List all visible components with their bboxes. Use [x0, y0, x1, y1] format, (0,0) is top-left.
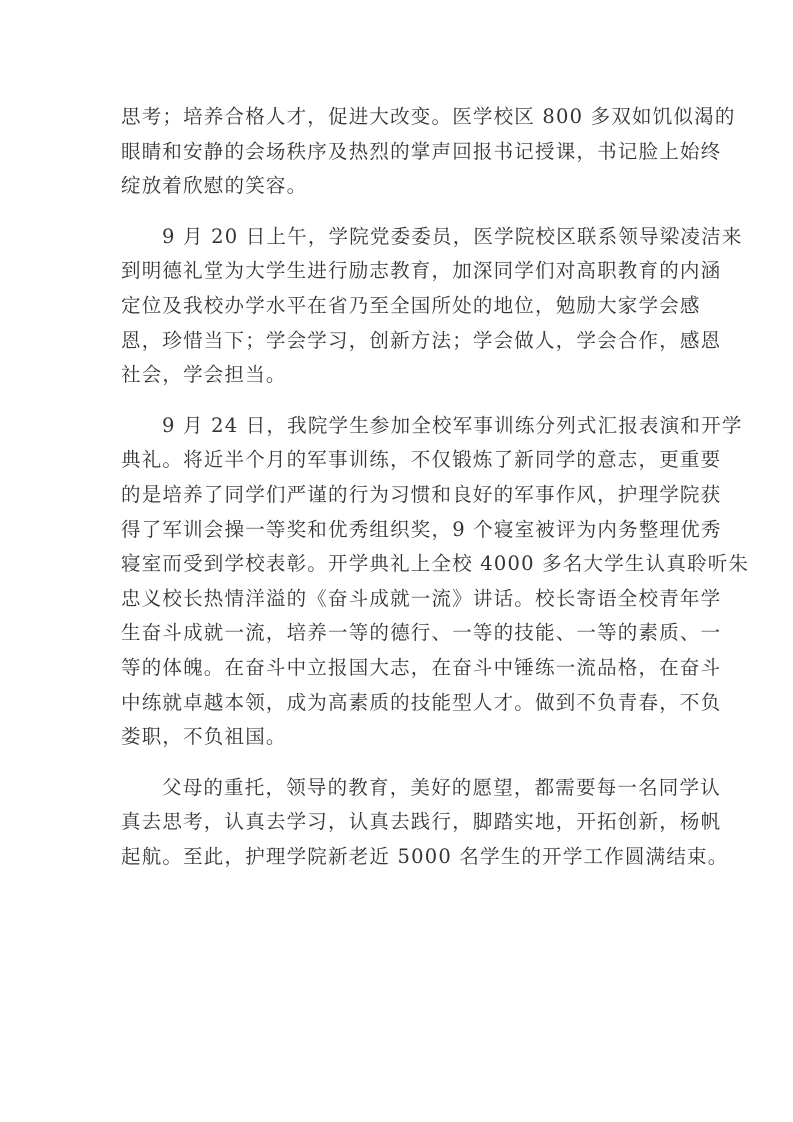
text-line: 思考；培养合格人才，促进大改变。医学校区 800 多双如饥似渴的	[121, 100, 681, 135]
text-line: 中练就卓越本领，成为高素质的技能型人才。做到不负青春，不负	[121, 686, 681, 721]
text-line: 等的体魄。在奋斗中立报国大志，在奋斗中锤练一流品格，在奋斗	[121, 651, 681, 686]
text-line: 起航。至此，护理学院新老近 5000 名学生的开学工作圆满结束。	[121, 840, 681, 875]
text-line: 社会，学会担当。	[121, 358, 681, 393]
document-page: 思考；培养合格人才，促进大改变。医学校区 800 多双如饥似渴的 眼睛和安静的会…	[121, 100, 681, 890]
text-line: 绽放着欣慰的笑容。	[121, 169, 681, 204]
text-line: 典礼。将近半个月的军事训练，不仅锻炼了新同学的意志，更重要	[121, 443, 681, 478]
text-line: 定位及我校办学水平在省乃至全国所处的地位，勉励大家学会感	[121, 289, 681, 324]
text-line: 娄职，不负祖国。	[121, 720, 681, 755]
text-line: 寝室而受到学校表彰。开学典礼上全校 4000 多名大学生认真聆听朱	[121, 547, 681, 582]
text-line: 得了军训会操一等奖和优秀组织奖，9 个寝室被评为内务整理优秀	[121, 513, 681, 548]
text-line: 真去思考，认真去学习，认真去践行，脚踏实地，开拓创新，杨帆	[121, 805, 681, 840]
text-line: 恩，珍惜当下；学会学习，创新方法；学会做人，学会合作，感恩	[121, 324, 681, 359]
paragraph-2: 9 月 20 日上午，学院党委委员，医学院校区联系领导梁凌洁来 到明德礼堂为大学…	[121, 220, 681, 393]
paragraph-1: 思考；培养合格人才，促进大改变。医学校区 800 多双如饥似渴的 眼睛和安静的会…	[121, 100, 681, 204]
text-line: 9 月 24 日，我院学生参加全校军事训练分列式汇报表演和开学	[121, 409, 681, 444]
text-line: 眼睛和安静的会场秩序及热烈的掌声回报书记授课，书记脸上始终	[121, 135, 681, 170]
text-line: 的是培养了同学们严谨的行为习惯和良好的军事作风，护理学院获	[121, 478, 681, 513]
paragraph-4: 父母的重托，领导的教育，美好的愿望，都需要每一名同学认 真去思考，认真去学习，认…	[121, 771, 681, 875]
text-line: 生奋斗成就一流，培养一等的德行、一等的技能、一等的素质、一	[121, 616, 681, 651]
text-line: 到明德礼堂为大学生进行励志教育，加深同学们对高职教育的内涵	[121, 254, 681, 289]
text-line: 9 月 20 日上午，学院党委委员，医学院校区联系领导梁凌洁来	[121, 220, 681, 255]
paragraph-3: 9 月 24 日，我院学生参加全校军事训练分列式汇报表演和开学 典礼。将近半个月…	[121, 409, 681, 755]
text-line: 父母的重托，领导的教育，美好的愿望，都需要每一名同学认	[121, 771, 681, 806]
text-line: 忠义校长热情洋溢的《奋斗成就一流》讲话。校长寄语全校青年学	[121, 582, 681, 617]
